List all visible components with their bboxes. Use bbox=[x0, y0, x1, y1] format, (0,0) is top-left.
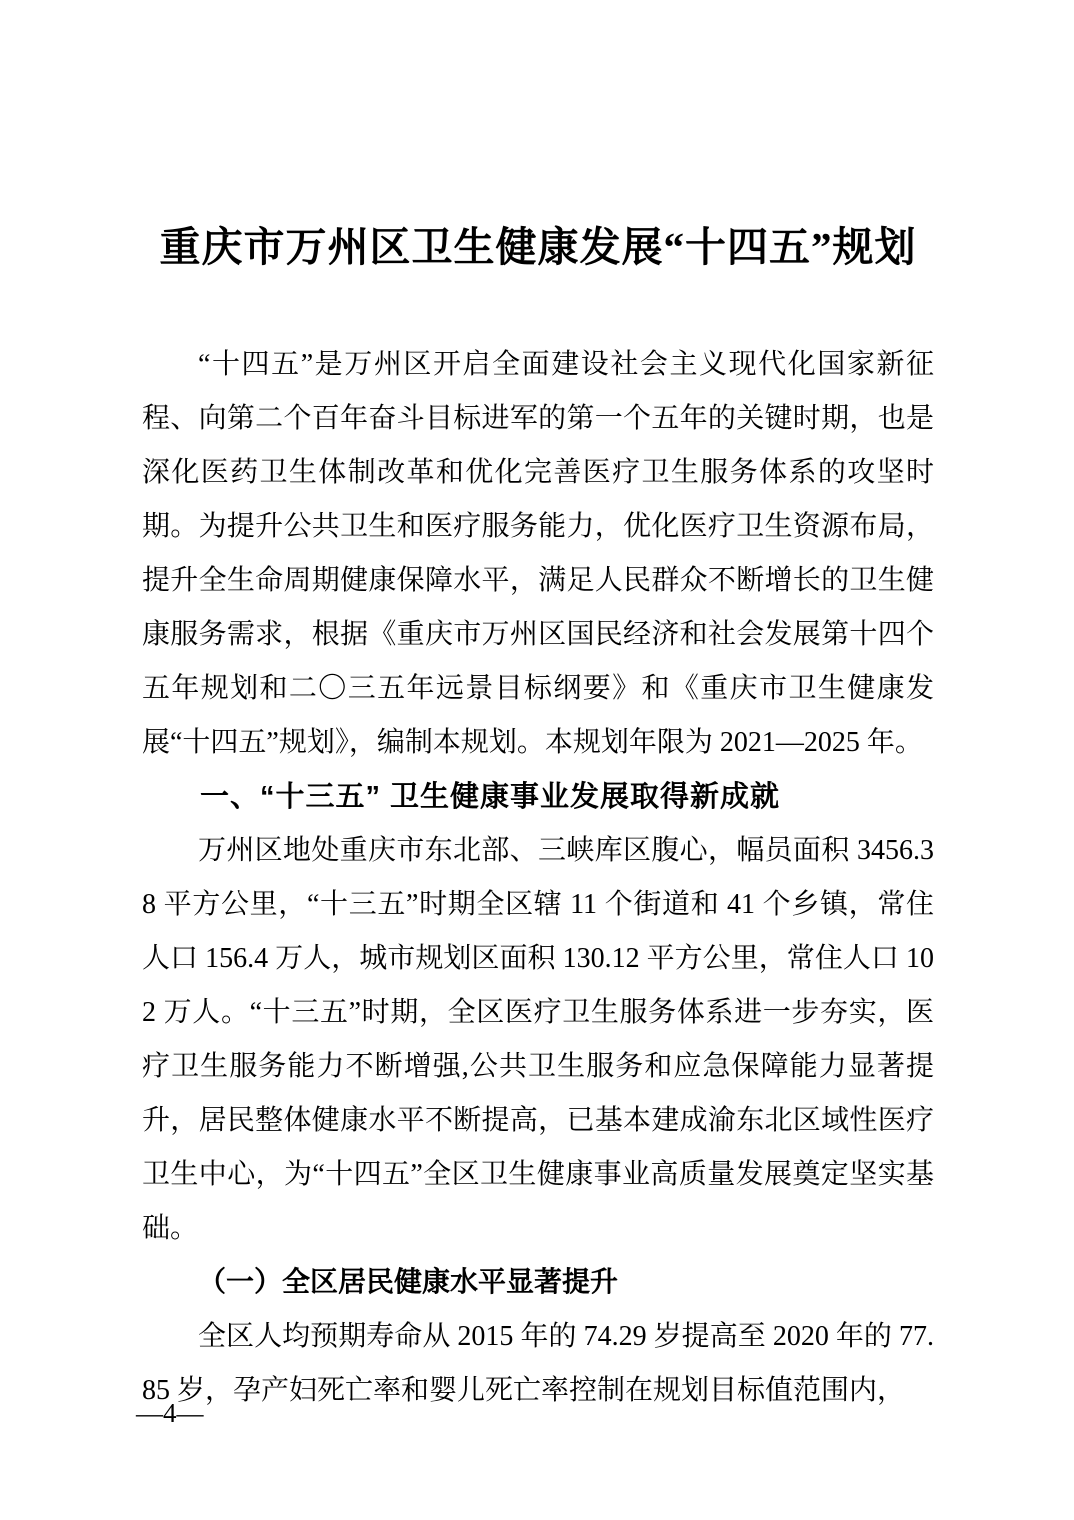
subsection-1-paragraph: 全区人均预期寿命从 2015 年的 74.29 岁提高至 2020 年的 77.… bbox=[142, 1310, 934, 1418]
subsection-1-heading: （一）全区居民健康水平显著提升 bbox=[142, 1256, 934, 1310]
section-1-paragraph: 万州区地处重庆市东北部、三峡库区腹心，幅员面积 3456.38 平方公里，“十三… bbox=[142, 824, 934, 1256]
page-number-footer: —4— bbox=[136, 1398, 204, 1428]
section-1-heading: 一、“十三五” 卫生健康事业发展取得新成就 bbox=[142, 770, 934, 824]
document-content: 重庆市万州区卫生健康发展“十四五”规划 “十四五”是万州区开启全面建设社会主义现… bbox=[142, 222, 934, 1418]
intro-paragraph: “十四五”是万州区开启全面建设社会主义现代化国家新征程、向第二个百年奋斗目标进军… bbox=[142, 338, 934, 770]
document-page: 重庆市万州区卫生健康发展“十四五”规划 “十四五”是万州区开启全面建设社会主义现… bbox=[0, 0, 1074, 1520]
document-title: 重庆市万州区卫生健康发展“十四五”规划 bbox=[142, 222, 934, 272]
